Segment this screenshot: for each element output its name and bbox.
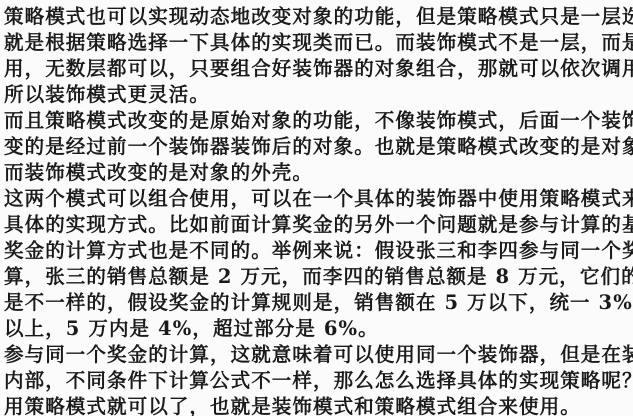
- text-line: 所以装饰模式更灵活。: [4, 82, 210, 108]
- text-line: 而且策略模式改变的是原始对象的功能，不像装饰模式，后面一个装饰器，改: [4, 108, 633, 134]
- text-line: 策略模式也可以实现动态地改变对象的功能，但是策略模式只是一层选择，也: [4, 4, 633, 30]
- text-line: 就是根据策略选择一下具体的实现类而已。而装饰模式不是一层，而是递归调: [4, 30, 633, 56]
- text-line: 而装饰模式改变的是对象的外壳。: [4, 160, 313, 186]
- text-line: 这两个模式可以组合使用，可以在一个具体的装饰器中使用策略模式来选择更: [4, 186, 633, 212]
- text-line: 算，张三的销售总额是 2 万元，而李四的销售总额是 8 万元，它们的计算公式: [4, 264, 633, 290]
- text-line: 内部，不同条件下计算公式不一样，那么怎么选择具体的实现策略呢？自然使: [4, 368, 633, 394]
- text-line: 以上，5 万内是 4%，超过部分是 6%。: [4, 316, 379, 342]
- text-line: 奖金的计算方式也是不同的。举例来说：假设张三和李四参与同一个奖金的计: [4, 238, 633, 264]
- text-line: 用，无数层都可以，只要组合好装饰器的对象组合，那就可以依次调用下去。: [4, 56, 633, 82]
- text-line: 是不一样的，假设奖金的计算规则是，销售额在 5 万以下，统一 3%，而 5 万: [4, 290, 633, 316]
- text-line: 用策略模式就可以了，也就是装饰模式和策略模式组合来使用。: [4, 394, 581, 416]
- document-page: 策略模式也可以实现动态地改变对象的功能，但是策略模式只是一层选择，也 就是根据策…: [0, 0, 633, 416]
- text-line: 参与同一个奖金的计算，这就意味着可以使用同一个装饰器，但是在装饰器的: [4, 342, 633, 368]
- text-line: 具体的实现方式。比如前面计算奖金的另外一个问题就是参与计算的基数不同，: [4, 212, 633, 238]
- text-line: 变的是经过前一个装饰器装饰后的对象。也就是策略模式改变的是对象的内核，: [4, 134, 633, 160]
